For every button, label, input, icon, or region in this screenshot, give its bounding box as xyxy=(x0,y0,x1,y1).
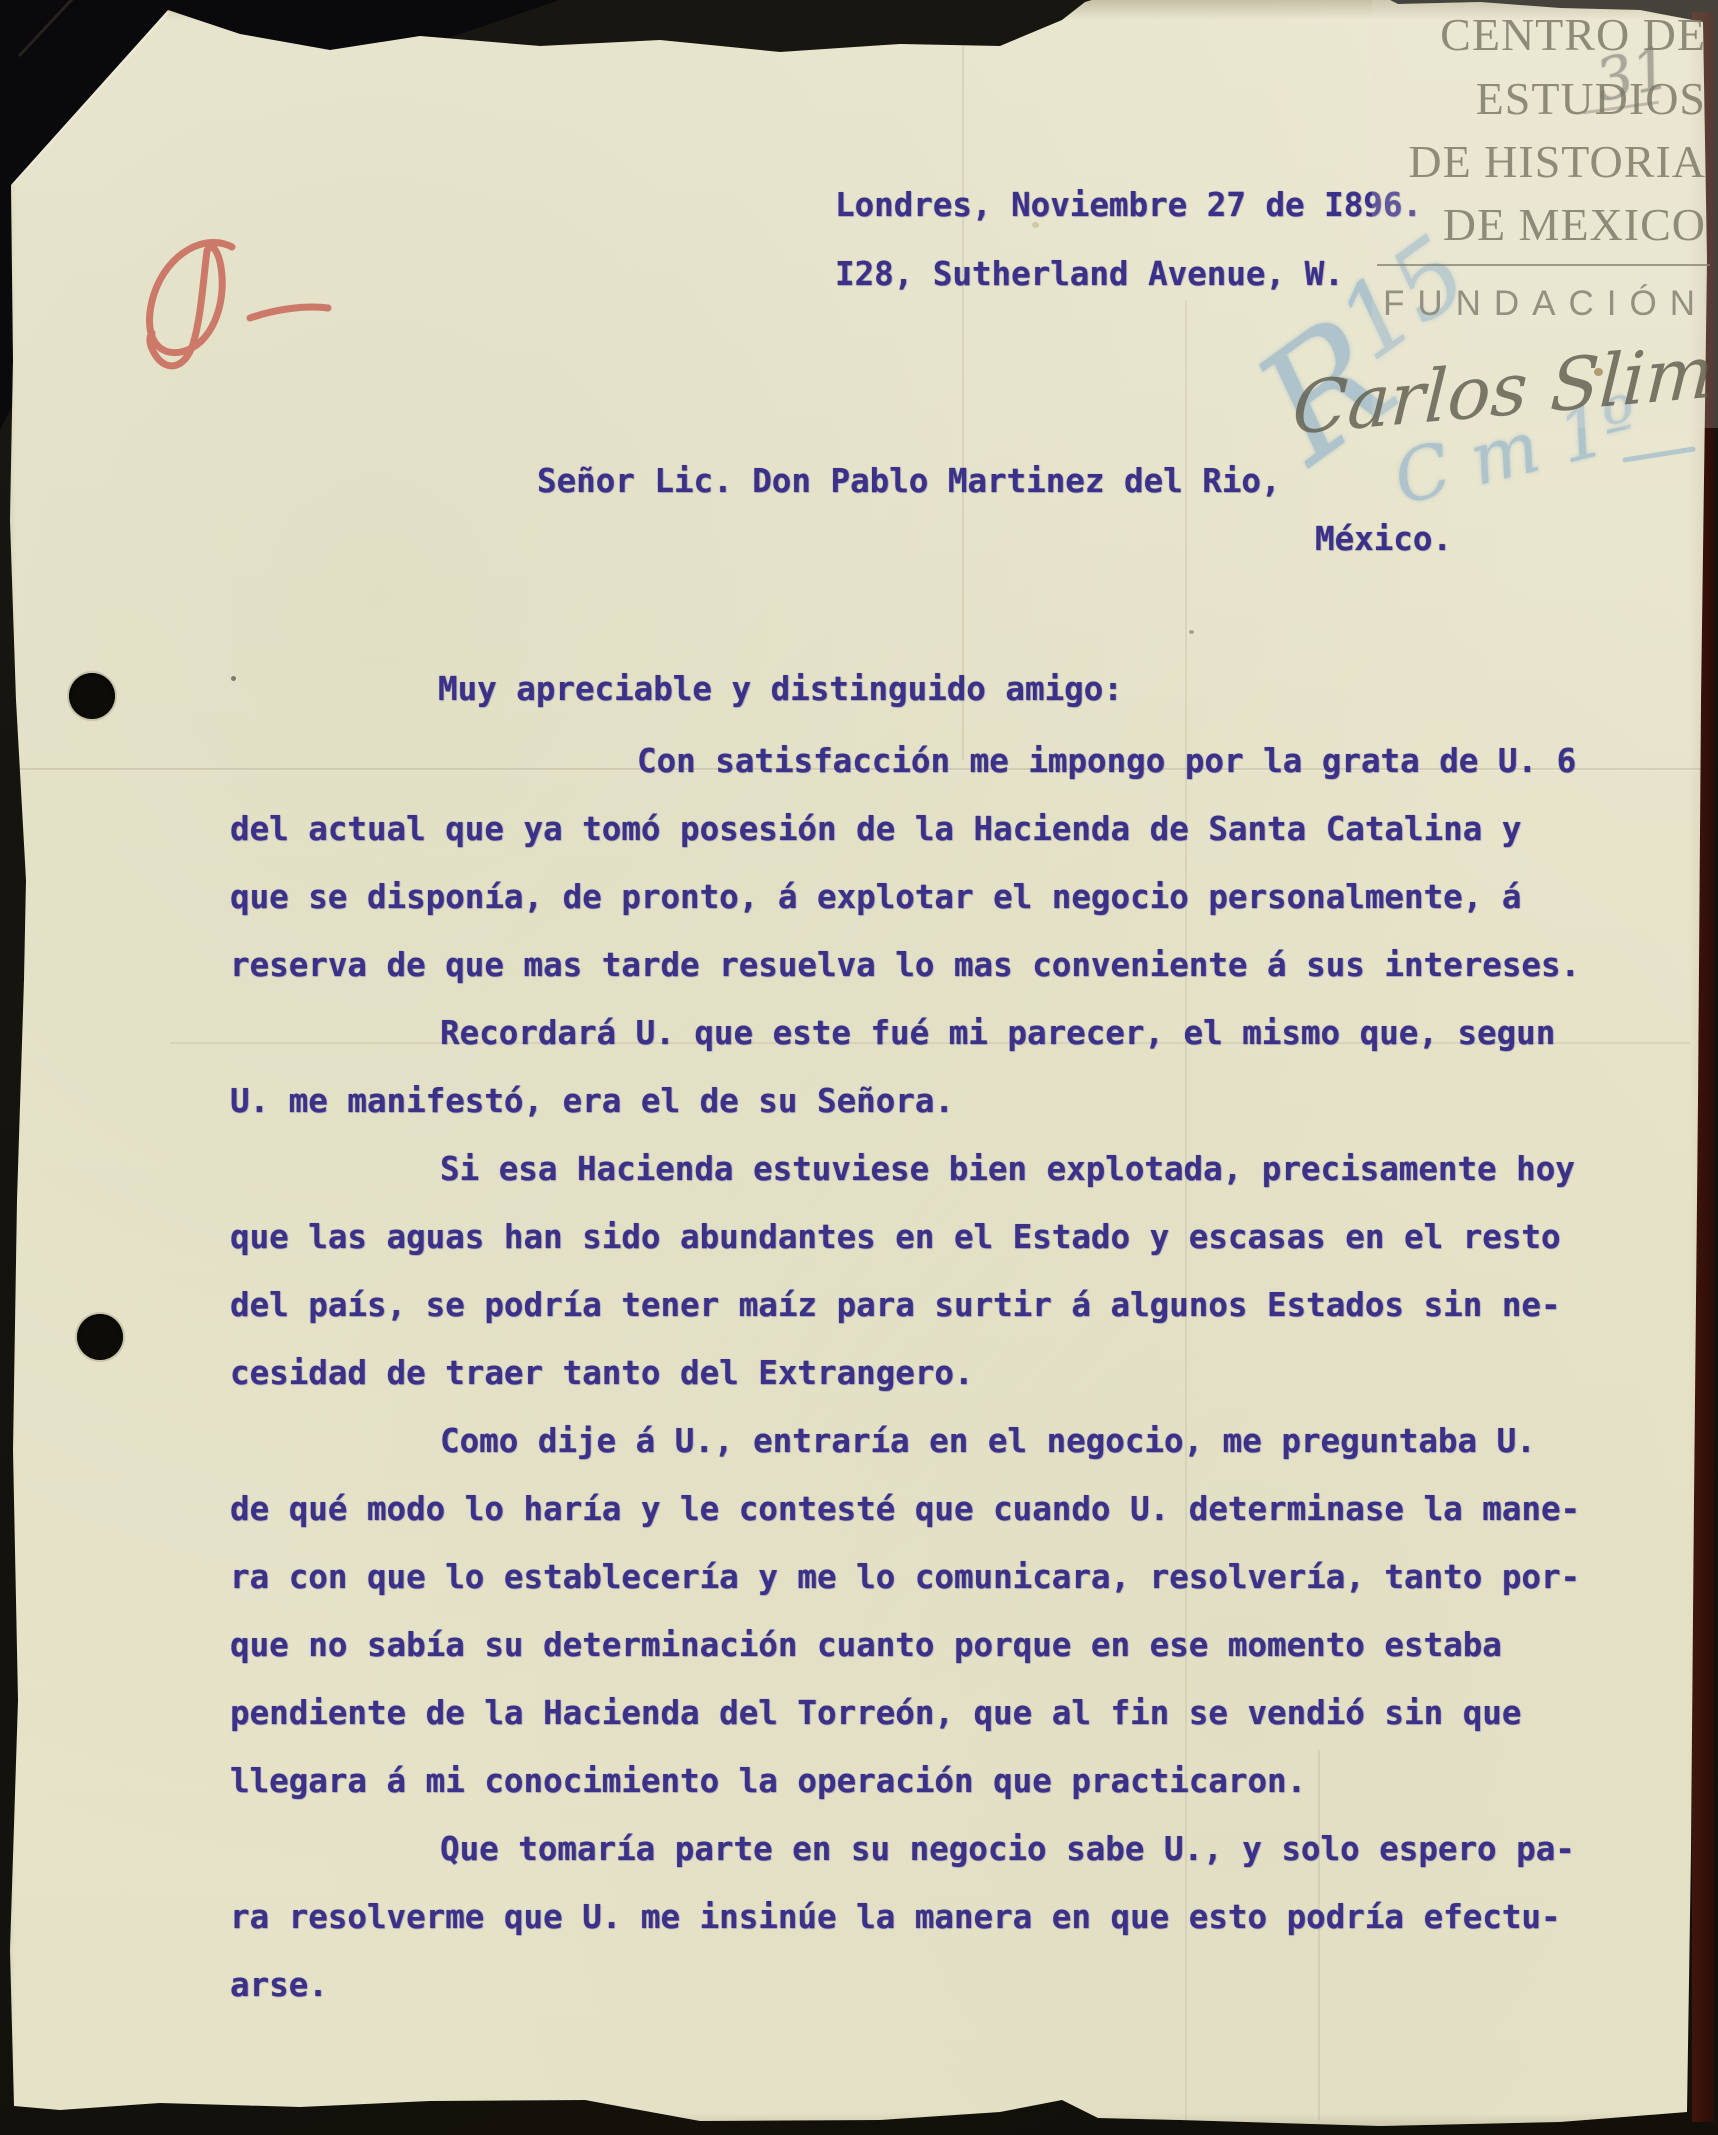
red-crayon-mark-G xyxy=(110,215,370,385)
letter-line: arse. xyxy=(230,1966,328,2004)
letter-line: que se disponía, de pronto, á explotar e… xyxy=(230,878,1521,916)
letter-line: llegara á mi conocimiento la operación q… xyxy=(230,1762,1306,1800)
letter-line: Como dije á U., entraría en el negocio, … xyxy=(440,1422,1536,1460)
paper-speck xyxy=(231,676,236,681)
letter-line: Si esa Hacienda estuviese bien explotada… xyxy=(440,1150,1575,1188)
letter-line: ra con que lo establecería y me lo comun… xyxy=(230,1558,1580,1596)
punch-hole-bottom xyxy=(77,1314,123,1360)
fold-crease-vertical xyxy=(962,0,964,760)
letter-line: Con satisfacción me impongo por la grata… xyxy=(637,742,1576,780)
scanned-letter-page: Londres, Noviembre 27 de I896.I28, Suthe… xyxy=(0,0,1718,2135)
paper-speck xyxy=(1189,630,1194,634)
watermark-line: DE HISTORIA xyxy=(1408,135,1706,188)
letter-line: del país, se podría tener maíz para surt… xyxy=(230,1286,1561,1324)
watermark-line: CENTRO DE xyxy=(1440,8,1706,61)
punch-hole-top xyxy=(69,673,115,719)
letter-line: cesidad de traer tanto del Extrangero. xyxy=(230,1354,974,1392)
letter-line: ra resolverme que U. me insinúe la maner… xyxy=(230,1898,1561,1936)
watermark-line: DE MEXICO xyxy=(1443,198,1706,251)
letter-line: Recordará U. que este fué mi parecer, el… xyxy=(440,1014,1555,1052)
letter-line: que no sabía su determinación cuanto por… xyxy=(230,1626,1502,1664)
archive-watermark: CENTRO DE ESTUDIOS DE HISTORIA DE MEXICO… xyxy=(1372,0,1718,428)
letter-line: del actual que ya tomó posesión de la Ha… xyxy=(230,810,1521,848)
letter-line: de qué modo lo haría y le contesté que c… xyxy=(230,1490,1580,1528)
watermark-line: ESTUDIOS xyxy=(1476,72,1706,125)
letter-line: que las aguas han sido abundantes en el … xyxy=(230,1218,1561,1256)
letter-line: I28, Sutherland Avenue, W. xyxy=(835,255,1344,293)
letter-line: U. me manifestó, era el de su Señora. xyxy=(230,1082,954,1120)
letter-line: pendiente de la Hacienda del Torreón, qu… xyxy=(230,1694,1521,1732)
letter-line: México. xyxy=(1315,520,1452,558)
letter-line: Que tomaría parte en su negocio sabe U.,… xyxy=(440,1830,1575,1868)
letter-line: Londres, Noviembre 27 de I896. xyxy=(835,186,1422,224)
letter-line: Señor Lic. Don Pablo Martinez del Rio, xyxy=(537,462,1281,500)
watermark-foundation: FUNDACIÓN xyxy=(1383,284,1708,324)
watermark-rule xyxy=(1377,264,1710,266)
letter-line: Muy apreciable y distinguido amigo: xyxy=(438,670,1123,708)
letter-line: reserva de que mas tarde resuelva lo mas… xyxy=(230,946,1580,984)
